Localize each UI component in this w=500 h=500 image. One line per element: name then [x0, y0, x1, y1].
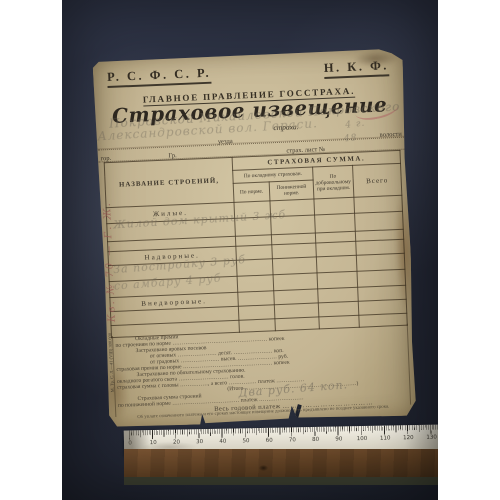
table-cell [238, 305, 275, 320]
ruler-ticks-5mm [129, 423, 438, 437]
ruler-number: 90 [335, 436, 342, 442]
table-cell [270, 199, 315, 217]
table-cell [272, 257, 317, 275]
table-cell [271, 215, 316, 235]
header-left: Р. С. Ф. С. Р. [107, 66, 212, 88]
table-cell [238, 291, 275, 306]
ruler-number: 130 [426, 435, 437, 441]
ruler-number: 40 [219, 439, 226, 445]
table-cell [236, 245, 273, 260]
col-header-buildings: НАЗВАНИЕ СТРОЕНИЙ, [104, 157, 234, 207]
ruler-number: 30 [196, 439, 203, 445]
table-cell [234, 201, 271, 218]
table-cell [317, 271, 358, 289]
table-cell [273, 273, 318, 291]
wood-plank [124, 449, 438, 478]
col-header-norm: По норме. [233, 182, 270, 202]
ruler-number: 20 [173, 440, 180, 446]
col-header-lowered: Пониженной норме. [269, 180, 314, 201]
table-cell [355, 211, 404, 231]
fineprint-block: Окладные премиипо строениям по норме ………… [112, 324, 411, 417]
ruler-number: 10 [150, 440, 157, 446]
ruler-number: 110 [380, 435, 391, 441]
table-body: Жилые.Надворные.Внедворовые. [106, 195, 407, 337]
ruler-number: 0 [128, 440, 132, 446]
ruler-number: 70 [289, 437, 296, 443]
document-paper: Р. С. Ф. С. Р. Н. К. Ф. ГЛАВНОЕ ПРАВЛЕНИ… [92, 48, 417, 429]
header-right: Н. К. Ф. [323, 58, 389, 79]
table-cell [315, 213, 356, 233]
ruler-number: 50 [242, 438, 249, 444]
ruler-number: 80 [312, 437, 319, 443]
ruler-number: 120 [403, 435, 414, 441]
ruler-number: 60 [266, 438, 273, 444]
photo-background: Р. С. Ф. С. Р. Н. К. Ф. ГЛАВНОЕ ПРАВЛЕНИ… [62, 0, 438, 500]
wood-plank-shadow [124, 477, 438, 485]
ruler-ticks-mm [129, 423, 438, 435]
fineprint-lines: Окладные премиипо строениям по норме ………… [115, 325, 408, 409]
col-header-voluntary: По добровольному при окладном. [313, 165, 354, 199]
ruler-number: 100 [357, 436, 368, 442]
ruler-ticks-10mm [129, 423, 438, 439]
insurance-table: НАЗВАНИЕ СТРОЕНИЙ, СТРАХОВАЯ СУММА. По о… [104, 150, 408, 338]
table-cell [316, 255, 357, 273]
table-cell [236, 259, 273, 276]
table-cell [314, 197, 355, 215]
table-cell [237, 275, 274, 292]
col-header-total: Всего [353, 163, 402, 197]
table-cell [235, 217, 272, 236]
